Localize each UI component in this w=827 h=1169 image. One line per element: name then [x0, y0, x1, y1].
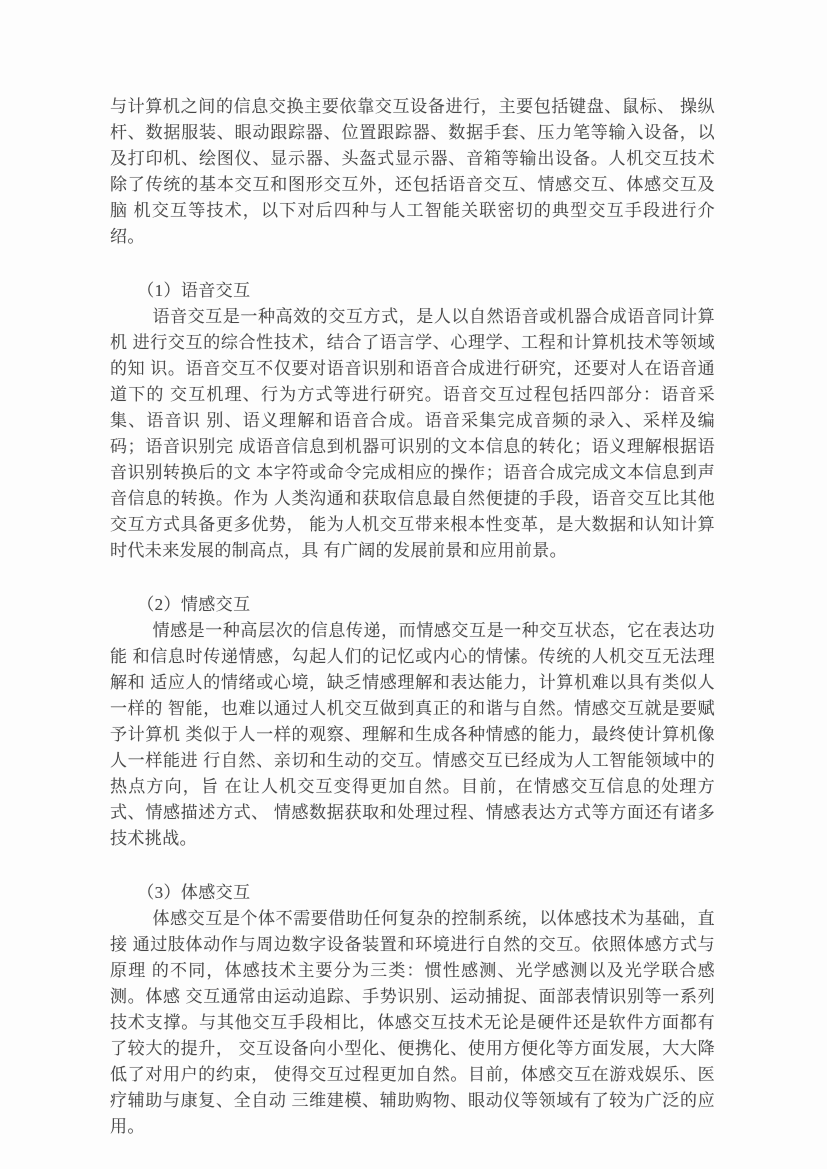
document-page: 与计算机之间的信息交换主要依靠交互设备进行，主要包括键盘、鼠标、 操纵杆、数据服…: [0, 0, 827, 1169]
section-heading-voice: （1）语音交互: [110, 278, 715, 304]
section-heading-emotion: （2）情感交互: [110, 592, 715, 618]
section-voice-interaction: （1）语音交互 语音交互是一种高效的交互方式，是人以自然语音或机器合成语音同计算…: [110, 278, 715, 564]
section-somatosensory-interaction: （3）体感交互 体感交互是个体不需要借助任何复杂的控制系统，以体感技术为基础，直…: [110, 880, 715, 1140]
section-body-somatosensory: 体感交互是个体不需要借助任何复杂的控制系统，以体感技术为基础，直接 通过肢体动作…: [110, 906, 715, 1140]
section-body-voice: 语音交互是一种高效的交互方式，是人以自然语音或机器合成语音同计算机 进行交互的综…: [110, 304, 715, 564]
section-emotion-interaction: （2）情感交互 情感是一种高层次的信息传递，而情感交互是一种交互状态，它在表达功…: [110, 592, 715, 852]
document-content: 与计算机之间的信息交换主要依靠交互设备进行，主要包括键盘、鼠标、 操纵杆、数据服…: [110, 94, 715, 1140]
section-body-emotion: 情感是一种高层次的信息传递，而情感交互是一种交互状态，它在表达功能 和信息时传递…: [110, 618, 715, 852]
section-heading-somatosensory: （3）体感交互: [110, 880, 715, 906]
intro-paragraph: 与计算机之间的信息交换主要依靠交互设备进行，主要包括键盘、鼠标、 操纵杆、数据服…: [110, 94, 715, 250]
